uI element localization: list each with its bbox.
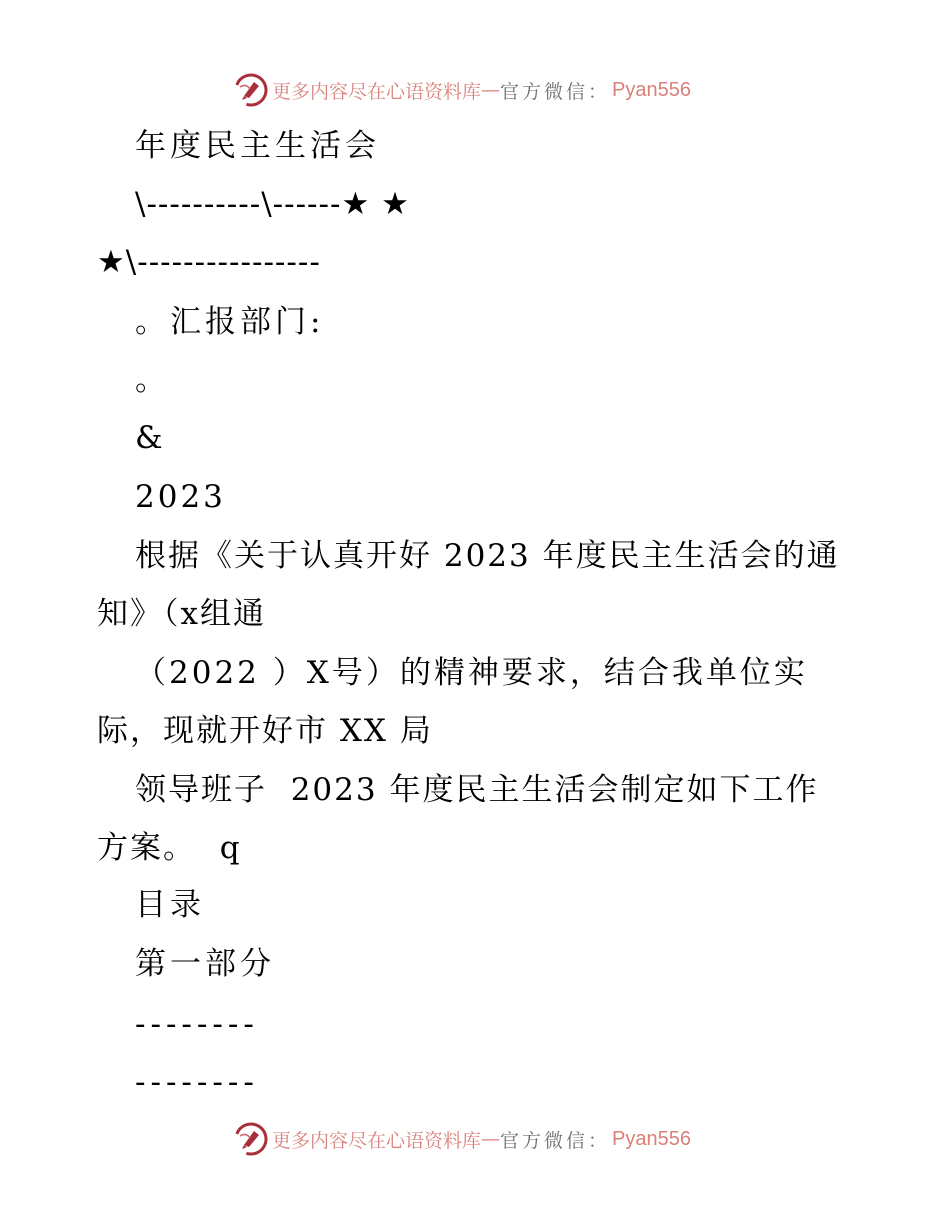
paragraph-line: 方案。 q [97,828,242,868]
wechat-id: Pyan556 [612,79,691,102]
wechat-label: 官方微信： [500,77,610,104]
wechat-label: 官方微信： [500,1126,610,1153]
wechat-id: Pyan556 [612,1128,691,1151]
paragraph-line: 际，现就开好市 XX 局 [97,711,433,751]
footer-banner: 更多内容尽在心语资料库 — 官方微信： Pyan556 [234,1119,691,1159]
pen-nib-logo-icon [234,1122,268,1156]
header-banner: 更多内容尽在心语资料库 — 官方微信： Pyan556 [234,70,691,110]
part-one-heading: 第一部分 [135,944,275,984]
dashed-line: -------- [135,1004,259,1044]
divider-line-2: ★\---------------- [97,242,321,282]
separator: — [481,79,500,101]
report-department-label: 。汇报部门: [135,302,324,342]
text-line: 。 [135,360,170,400]
separator: — [481,1128,500,1150]
paragraph-line: 根据《关于认真开好 2023 年度民主生活会的通 [135,536,840,576]
paragraph-line: （2022 ）X号）的精神要求，结合我单位实 [135,653,808,693]
dashed-line: -------- [135,1062,259,1102]
year-text: 2023 [135,477,226,517]
site-name-text: 更多内容尽在心语资料库 [272,77,481,104]
divider-line-1: \----------\------★ ★ [135,184,410,224]
text-line: & [135,418,167,458]
toc-heading: 目录 [135,885,205,925]
site-name-text: 更多内容尽在心语资料库 [272,1126,481,1153]
paragraph-line: 知》（x组通 [97,594,266,634]
pen-nib-logo-icon [234,73,268,107]
paragraph-line: 领导班子 2023 年度民主生活会制定如下工作 [135,770,818,810]
doc-title: 年度民主生活会 [135,126,380,166]
